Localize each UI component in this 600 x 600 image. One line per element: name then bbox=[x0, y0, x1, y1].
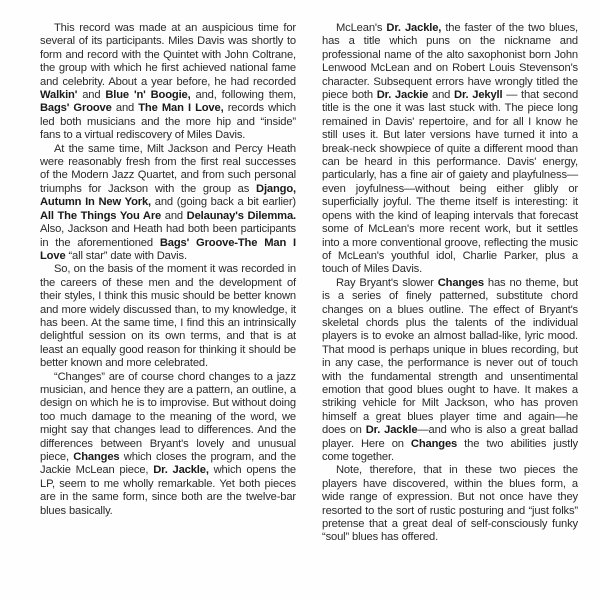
body-text: — that second title is the one it was la… bbox=[322, 89, 578, 275]
title-text: The Man I Love, bbox=[138, 102, 223, 114]
body-text: and (going back a bit earlier) bbox=[151, 196, 296, 208]
body-text: “Changes” are of course chord changes to… bbox=[40, 371, 296, 463]
body-text: and, following them, bbox=[191, 89, 296, 101]
body-text: This record was made at an auspicious ti… bbox=[40, 22, 296, 88]
title-text: Delaunay's Dilemma. bbox=[187, 210, 296, 222]
paragraph: McLean's Dr. Jackle, the faster of the t… bbox=[322, 22, 578, 277]
paragraph: At the same time, Milt Jackson and Percy… bbox=[40, 143, 296, 264]
title-text: Changes bbox=[73, 451, 119, 463]
title-text: Walkin' bbox=[40, 89, 77, 101]
body-text: Ray Bryant's slower bbox=[336, 277, 438, 289]
body-text: and bbox=[161, 210, 187, 222]
title-text: Dr. Jackle bbox=[366, 424, 418, 436]
body-text: and bbox=[112, 102, 139, 114]
body-text: Note, therefore, that in these two piece… bbox=[322, 464, 578, 543]
liner-notes-page: This record was made at an auspicious ti… bbox=[0, 0, 600, 600]
body-text: and bbox=[428, 89, 454, 101]
paragraph: Ray Bryant's slower Changes has no theme… bbox=[322, 277, 578, 465]
body-text: has no theme, but is a series of finely … bbox=[322, 277, 578, 436]
body-text: So, on the basis of the moment it was re… bbox=[40, 263, 296, 369]
paragraph: So, on the basis of the moment it was re… bbox=[40, 263, 296, 370]
title-text: Dr. Jackle, bbox=[386, 22, 441, 34]
title-text: All The Things You Are bbox=[40, 210, 161, 222]
title-text: Bags' Groove bbox=[40, 102, 112, 114]
body-text: “all star” date with Davis. bbox=[66, 250, 187, 262]
title-text: Blue 'n' Boogie, bbox=[105, 89, 190, 101]
title-text: Dr. Jackie bbox=[377, 89, 429, 101]
paragraph: “Changes” are of course chord changes to… bbox=[40, 371, 296, 518]
title-text: Dr. Jackle, bbox=[153, 464, 209, 476]
body-text: McLean's bbox=[336, 22, 386, 34]
title-text: Changes bbox=[438, 277, 484, 289]
right-column: McLean's Dr. Jackle, the faster of the t… bbox=[322, 22, 578, 545]
left-column: This record was made at an auspicious ti… bbox=[40, 22, 296, 518]
paragraph: Note, therefore, that in these two piece… bbox=[322, 464, 578, 544]
title-text: Changes bbox=[411, 438, 457, 450]
body-text: and bbox=[77, 89, 105, 101]
paragraph: This record was made at an auspicious ti… bbox=[40, 22, 296, 143]
title-text: Dr. Jekyll bbox=[454, 89, 502, 101]
